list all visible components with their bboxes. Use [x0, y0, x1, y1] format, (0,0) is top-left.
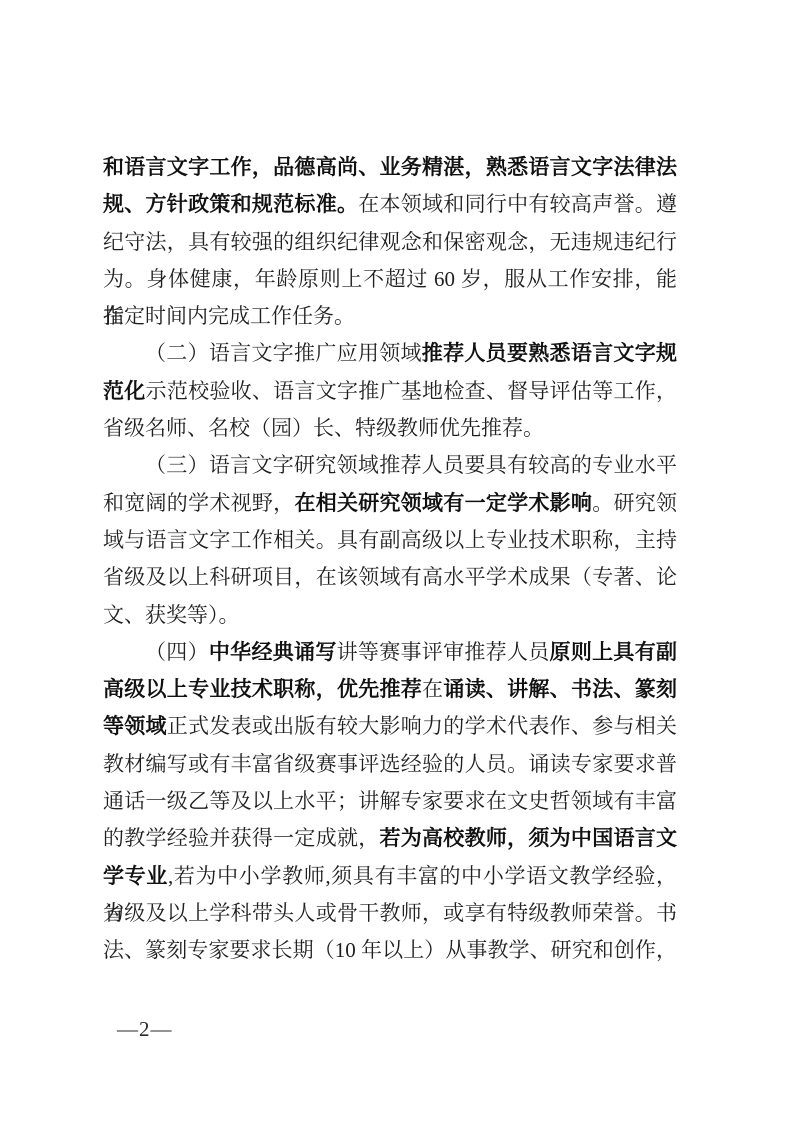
- text-line: 和语言文字工作，品德高尚、业务精湛，熟悉语言文字法律法: [103, 149, 677, 186]
- body-text: 省级及以上科研项目，在该领域有高水平学术成果（专著、论: [103, 565, 677, 589]
- body-text: 通话一级乙等及以上水平；讲解专家要求在文史哲领域有丰富: [103, 789, 677, 813]
- text-line: 通话一级乙等及以上水平；讲解专家要求在文史哲领域有丰富: [103, 783, 677, 820]
- bold-text: 中华经典诵写: [209, 640, 337, 664]
- body-text: 域与语言文字工作相关。具有副高级以上专业技术职称，主持: [103, 528, 677, 552]
- text-line: 和宽阔的学术视野，在相关研究领域有一定学术影响。研究领: [103, 485, 677, 522]
- text-line: 教材编写或有丰富省级赛事评选经验的人员。诵读专家要求普: [103, 746, 677, 783]
- body-text: （三）语言文字研究领域推荐人员要具有较高的专业水平: [145, 453, 677, 477]
- text-line: 文、获奖等）。: [103, 597, 677, 634]
- bold-text: 在相关研究领域有一定学术影响: [294, 491, 592, 515]
- text-line: 域与语言文字工作相关。具有副高级以上专业技术职称，主持: [103, 522, 677, 559]
- page-number: —2—: [117, 1014, 173, 1044]
- body-text: 讲等赛事评审推荐人员: [337, 640, 550, 664]
- bold-text: 规、方针政策和规范标准。: [103, 192, 358, 216]
- text-line: 规、方针政策和规范标准。在本领域和同行中有较高声誉。遵: [103, 186, 677, 223]
- text-line: （四）中华经典诵写讲等赛事评审推荐人员原则上具有副: [103, 634, 677, 671]
- text-line: 省级名师、名校（园）长、特级教师优先推荐。: [103, 410, 677, 447]
- body-text: 和宽阔的学术视野，: [103, 491, 294, 515]
- bold-text: 诵读、讲解、书法、篆刻: [443, 677, 677, 701]
- text-line: 为。身体健康，年龄原则上不超过 60 岁，服从工作安排，能在: [103, 261, 677, 298]
- body-text: （四）: [145, 640, 209, 664]
- body-text: 指定时间内完成工作任务。: [103, 304, 355, 328]
- text-line: 的教学经验并获得一定成就，若为高校教师，须为中国语言文: [103, 820, 677, 857]
- bold-text: 若为高校教师，须为中国语言文: [380, 826, 678, 850]
- body-text: （二）语言文字推广应用领域: [145, 341, 422, 365]
- body-text: 在本领域和同行中有较高声誉。遵: [358, 192, 677, 216]
- text-line: 法、篆刻专家要求长期（10 年以上）从事教学、研究和创作，: [103, 932, 677, 969]
- body-text: 示范校验收、语言文字推广基地检查、督导评估等工作，: [146, 379, 677, 403]
- text-line: 高级以上专业技术职称，优先推荐在诵读、讲解、书法、篆刻: [103, 671, 677, 708]
- bold-text: 原则上具有副: [550, 640, 677, 664]
- body-text: 。研究领: [592, 491, 677, 515]
- text-line: 范化示范校验收、语言文字推广基地检查、督导评估等工作，: [103, 373, 677, 410]
- text-line: （二）语言文字推广应用领域推荐人员要熟悉语言文字规: [103, 335, 677, 372]
- bold-text: 推荐人员要熟悉语言文字规: [422, 341, 677, 365]
- body-text: 教材编写或有丰富省级赛事评选经验的人员。诵读专家要求普: [103, 752, 677, 776]
- text-line: 指定时间内完成工作任务。: [103, 298, 677, 335]
- text-line: 学专业,若为中小学教师,须具有丰富的中小学语文教学经验，为: [103, 858, 677, 895]
- body-text: 在: [422, 677, 443, 701]
- text-line: 纪守法，具有较强的组织纪律观念和保密观念，无违规违纪行: [103, 224, 677, 261]
- body-text: 法、篆刻专家要求长期（10 年以上）从事教学、研究和创作，: [103, 938, 677, 962]
- text-line: 省级及以上学科带头人或骨干教师，或享有特级教师荣誉。书: [103, 895, 677, 932]
- document-page: 和语言文字工作，品德高尚、业务精湛，熟悉语言文字法律法规、方针政策和规范标准。在…: [0, 0, 793, 1122]
- body-text: 省级名师、名校（园）长、特级教师优先推荐。: [103, 416, 544, 440]
- body-text: 文、获奖等）。: [103, 603, 240, 627]
- text-line: 等领域正式发表或出版有较大影响力的学术代表作、参与相关: [103, 708, 677, 745]
- body-text: 纪守法，具有较强的组织纪律观念和保密观念，无违规违纪行: [103, 230, 677, 254]
- bold-text: 高级以上专业技术职称，优先推荐: [103, 677, 422, 701]
- bold-text: 范化: [103, 379, 146, 403]
- body-text: 的教学经验并获得一定成就，: [103, 826, 380, 850]
- body-text: 正式发表或出版有较大影响力的学术代表作、参与相关: [167, 714, 677, 738]
- body-text: 省级及以上学科带头人或骨干教师，或享有特级教师荣誉。书: [103, 901, 677, 925]
- bold-text: 学专业: [103, 864, 168, 888]
- bold-text: 等领域: [103, 714, 167, 738]
- text-line: （三）语言文字研究领域推荐人员要具有较高的专业水平: [103, 447, 677, 484]
- text-line: 省级及以上科研项目，在该领域有高水平学术成果（专著、论: [103, 559, 677, 596]
- document-body: 和语言文字工作，品德高尚、业务精湛，熟悉语言文字法律法规、方针政策和规范标准。在…: [103, 149, 677, 970]
- bold-text: 和语言文字工作，品德高尚、业务精湛，熟悉语言文字法律法: [103, 155, 677, 179]
